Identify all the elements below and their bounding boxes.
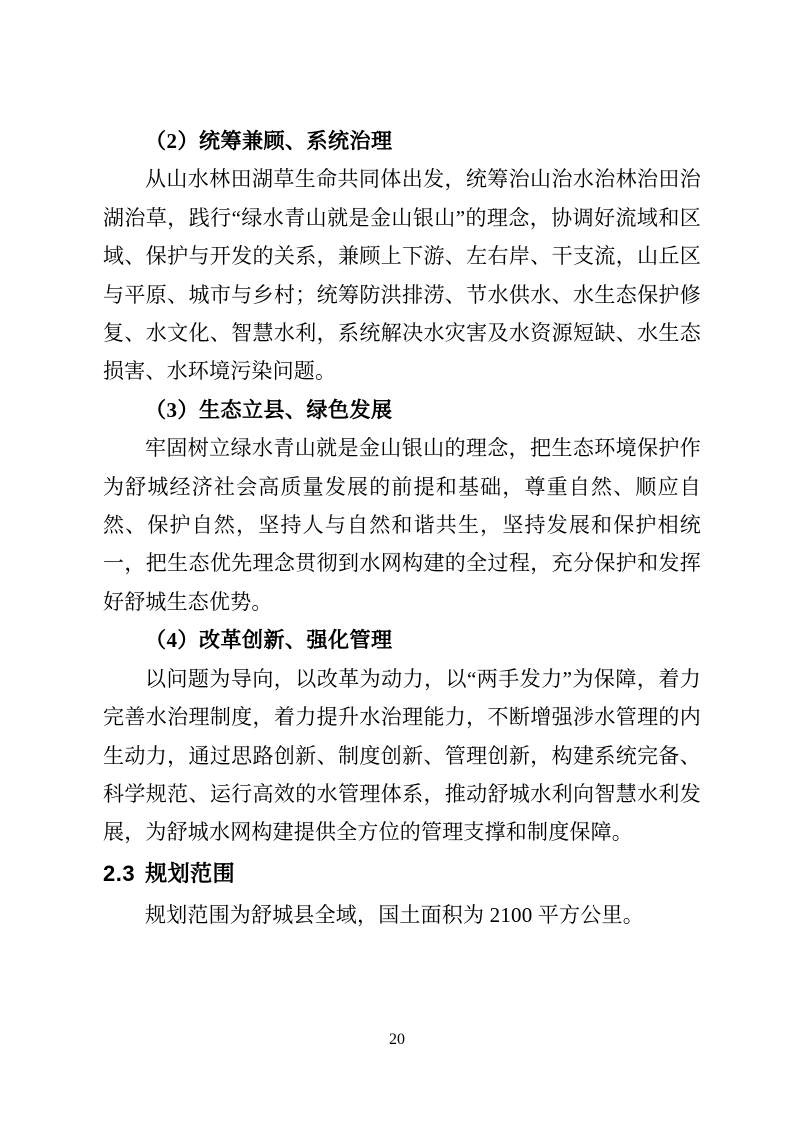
paragraph-ecology-green-development: 牢固树立绿水青山就是金山银山的理念，把生态环境保护作为舒城经济社会高质量发展的前…	[103, 429, 701, 621]
subheading-2: （2）统筹兼顾、系统治理	[103, 122, 701, 160]
subheading-4: （4）改革创新、强化管理	[103, 621, 701, 659]
paragraph-reform-innovation: 以问题为导向，以改革为动力，以“两手发力”为保障，着力完善水治理制度，着力提升水…	[103, 660, 701, 852]
subheading-3: （3）生态立县、绿色发展	[103, 391, 701, 429]
document-page: （2）统筹兼顾、系统治理 从山水林田湖草生命共同体出发，统筹治山治水治林治田治湖…	[0, 0, 794, 1122]
section-number: 2.3	[103, 861, 135, 886]
section-title: 规划范围	[145, 861, 235, 886]
page-number: 20	[0, 1030, 794, 1050]
page-content: （2）统筹兼顾、系统治理 从山水林田湖草生命共同体出发，统筹治山治水治林治田治湖…	[103, 122, 701, 934]
section-heading-2-3: 2.3规划范围	[103, 853, 701, 894]
paragraph-planning-scope: 规划范围为舒城县全域，国土面积为 2100 平方公里。	[103, 896, 701, 934]
paragraph-overall-coordination: 从山水林田湖草生命共同体出发，统筹治山治水治林治田治湖治草，践行“绿水青山就是金…	[103, 160, 701, 390]
